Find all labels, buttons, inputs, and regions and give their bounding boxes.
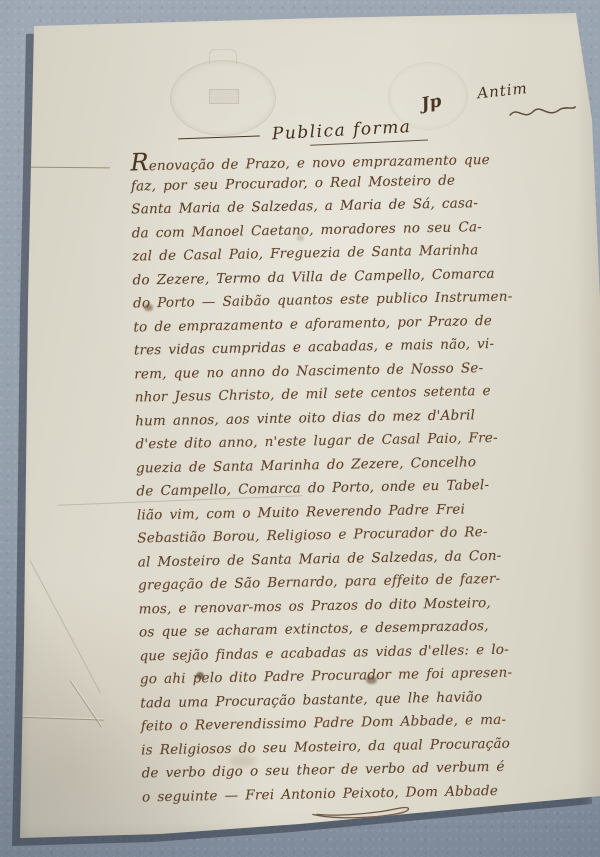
- photo-vignette: [0, 0, 600, 857]
- photo-of-manuscript: Antim Jp Publica forma Renovação de Praz…: [0, 0, 600, 857]
